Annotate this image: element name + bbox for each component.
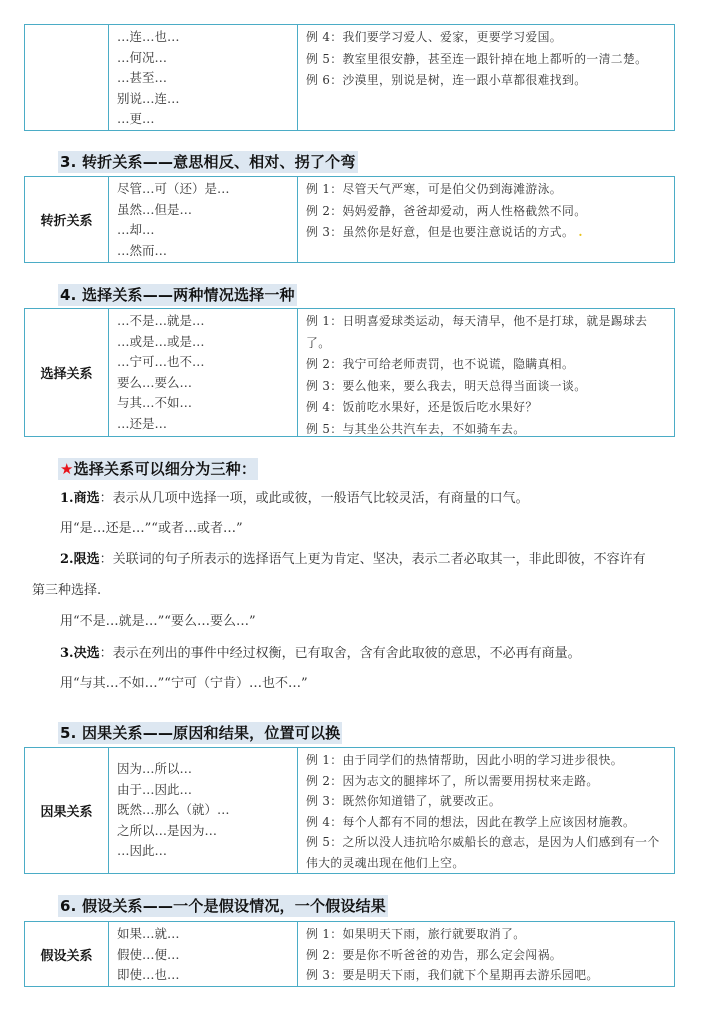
example: 例 2：我宁可给老师责罚，也不说谎，隐瞒真相。 (306, 354, 668, 376)
patterns-cell: 尽管…可（还）是… 虽然…但是… …却… …然而… (109, 177, 298, 262)
example: 例 4：每个人都有不同的想法，因此在教学上应该因材施教。 (306, 812, 668, 833)
note-item-1-usage: 用“是…还是…”“或者…或者…” (60, 520, 243, 538)
category-cell: 假设关系 (25, 922, 109, 986)
pattern: …更… (117, 109, 297, 130)
examples-cell: 例 1：由于同学们的热情帮助，因此小明的学习进步很快。 例 2：因为志文的腿摔坏… (298, 748, 674, 873)
section-heading-alternative: 4. 选择关系——两种情况选择一种 (58, 284, 297, 306)
pattern: …或是…或是… (117, 332, 297, 353)
example: 例 1：由于同学们的热情帮助，因此小明的学习进步很快。 (306, 750, 668, 771)
note-item-2-cont: 第三种选择. (32, 582, 101, 600)
note-item-label: 3.决选 (60, 646, 100, 661)
example: 例 1：尽管天气严寒，可是伯父仍到海滩游泳。 (306, 179, 668, 201)
note-item-2-usage: 用“不是…就是…”“要么…要么…” (60, 613, 256, 631)
example: 例 2：因为志文的腿摔坏了，所以需要用拐杖来走路。 (306, 771, 668, 792)
category-cell: 因果关系 (25, 748, 109, 873)
patterns-cell: …不是…就是… …或是…或是… …宁可…也不… 要么…要么… 与其…不如… …还… (109, 309, 298, 436)
pattern: …却… (117, 220, 297, 241)
table-causal-relation: 因果关系 因为…所以… 由于…因此… 既然…那么（就）… 之所以…是因为… …因… (24, 747, 675, 874)
examples-cell: 例 1：如果明天下雨，旅行就要取消了。 例 2：要是你不听爸爸的劝告，那么定会闯… (298, 922, 674, 986)
example: 例 6：沙漠里，别说是树，连一跟小草都很难找到。 (306, 70, 668, 92)
patterns-cell: 如果…就… 假使…便… 即使…也… (109, 922, 298, 986)
pattern: …宁可…也不… (117, 352, 297, 373)
pattern: 假使…便… (117, 945, 297, 966)
note-item-text: ：表示从几项中选择一项，或此或彼，一般语气比较灵活，有商量的口气。 (100, 491, 529, 506)
pattern: …连…也… (117, 27, 297, 48)
pattern: 因为…所以… (117, 759, 297, 780)
example-text: 例 3：虽然你是好意，但是也要注意说话的方式。 (306, 225, 574, 239)
table-alternative-relation: 选择关系 …不是…就是… …或是…或是… …宁可…也不… 要么…要么… 与其…不… (24, 308, 675, 437)
note-item-3-usage: 用“与其…不如…”“宁可（宁肯）…也不…” (60, 675, 308, 693)
patterns-cell: …连…也… …何况… …甚至… 别说…连… …更… (109, 25, 298, 130)
patterns-cell: 因为…所以… 由于…因此… 既然…那么（就）… 之所以…是因为… …因此… (109, 748, 298, 873)
pattern: …因此… (117, 841, 297, 862)
example: 例 3：要么他来，要么我去，明天总得当面谈一谈。 (306, 376, 668, 398)
pattern: …甚至… (117, 68, 297, 89)
example: 例 3：要是明天下雨，我们就下个星期再去游乐园吧。 (306, 965, 668, 986)
pattern: 如果…就… (117, 924, 297, 945)
star-icon: ★ (60, 460, 74, 478)
examples-cell: 例 1：日明喜爱球类运动，每天清早，他不是打球，就是踢球去了。 例 2：我宁可给… (298, 309, 674, 436)
note-item-text: ：关联词的句子所表示的选择语气上更为肯定、坚决，表示二者必取其一，非此即彼，不容… (100, 552, 646, 567)
table-hypothetical-relation: 假设关系 如果…就… 假使…便… 即使…也… 例 1：如果明天下雨，旅行就要取消… (24, 921, 675, 987)
pattern: …不是…就是… (117, 311, 297, 332)
pattern: 虽然…但是… (117, 200, 297, 221)
note-item-text: ：表示在列出的事件中经过权衡，已有取舍，含有舍此取彼的意思，不必再有商量。 (100, 646, 581, 661)
examples-cell: 例 4：我们要学习爱人、爱家，更要学习爱国。 例 5：教室里很安静，甚至连一跟针… (298, 25, 674, 130)
highlight-mark: . (578, 225, 583, 239)
table-progressive-relation: …连…也… …何况… …甚至… 别说…连… …更… 例 4：我们要学习爱人、爱家… (24, 24, 675, 131)
pattern: 之所以…是因为… (117, 821, 297, 842)
pattern: 与其…不如… (117, 393, 297, 414)
pattern: 既然…那么（就）… (117, 800, 297, 821)
note-heading: ★选择关系可以细分为三种： (58, 458, 258, 480)
note-item-label: 1.商选 (60, 491, 100, 506)
example: 例 5：与其坐公共汽车去，不如骑车去。 (306, 419, 668, 441)
note-heading-text: 选择关系可以细分为三种： (74, 460, 256, 478)
note-item-3: 3.决选：表示在列出的事件中经过权衡，已有取舍，含有舍此取彼的意思，不必再有商量… (60, 645, 581, 663)
note-item-2: 2.限选：关联词的句子所表示的选择语气上更为肯定、坚决，表示二者必取其一，非此即… (60, 551, 646, 569)
section-heading-causal: 5. 因果关系——原因和结果，位置可以换 (58, 722, 342, 744)
example: 例 5：教室里很安静，甚至连一跟针掉在地上都听的一清二楚。 (306, 49, 668, 71)
example: 例 5：之所以没人违抗哈尔威船长的意志，是因为人们感到有一个伟大的灵魂出现在他们… (306, 832, 668, 873)
table-adversative-relation: 转折关系 尽管…可（还）是… 虽然…但是… …却… …然而… 例 1：尽管天气严… (24, 176, 675, 263)
pattern: …何况… (117, 48, 297, 69)
example: 例 3：虽然你是好意，但是也要注意说话的方式。 . (306, 222, 668, 244)
examples-cell: 例 1：尽管天气严寒，可是伯父仍到海滩游泳。 例 2：妈妈爱静，爸爸却爱动，两人… (298, 177, 674, 262)
pattern: …还是… (117, 414, 297, 435)
note-item-label: 2.限选 (60, 552, 100, 567)
pattern: 尽管…可（还）是… (117, 179, 297, 200)
category-cell: 转折关系 (25, 177, 109, 262)
category-cell: 选择关系 (25, 309, 109, 436)
pattern: 即使…也… (117, 965, 297, 986)
example: 例 2：妈妈爱静，爸爸却爱动，两人性格截然不同。 (306, 201, 668, 223)
example: 例 1：如果明天下雨，旅行就要取消了。 (306, 924, 668, 945)
example: 例 3：既然你知道错了，就要改正。 (306, 791, 668, 812)
section-heading-hypothetical: 6. 假设关系——一个是假设情况，一个假设结果 (58, 895, 388, 917)
example: 例 4：饭前吃水果好，还是饭后吃水果好？ (306, 397, 668, 419)
section-heading-adversative: 3. 转折关系——意思相反、相对、拐了个弯 (58, 151, 358, 173)
pattern: …然而… (117, 241, 297, 262)
category-cell (25, 25, 109, 130)
pattern: 别说…连… (117, 89, 297, 110)
example: 例 4：我们要学习爱人、爱家，更要学习爱国。 (306, 27, 668, 49)
pattern: 要么…要么… (117, 373, 297, 394)
example: 例 1：日明喜爱球类运动，每天清早，他不是打球，就是踢球去了。 (306, 311, 668, 354)
note-item-1: 1.商选：表示从几项中选择一项，或此或彼，一般语气比较灵活，有商量的口气。 (60, 490, 529, 508)
pattern: 由于…因此… (117, 780, 297, 801)
example: 例 2：要是你不听爸爸的劝告，那么定会闯祸。 (306, 945, 668, 966)
